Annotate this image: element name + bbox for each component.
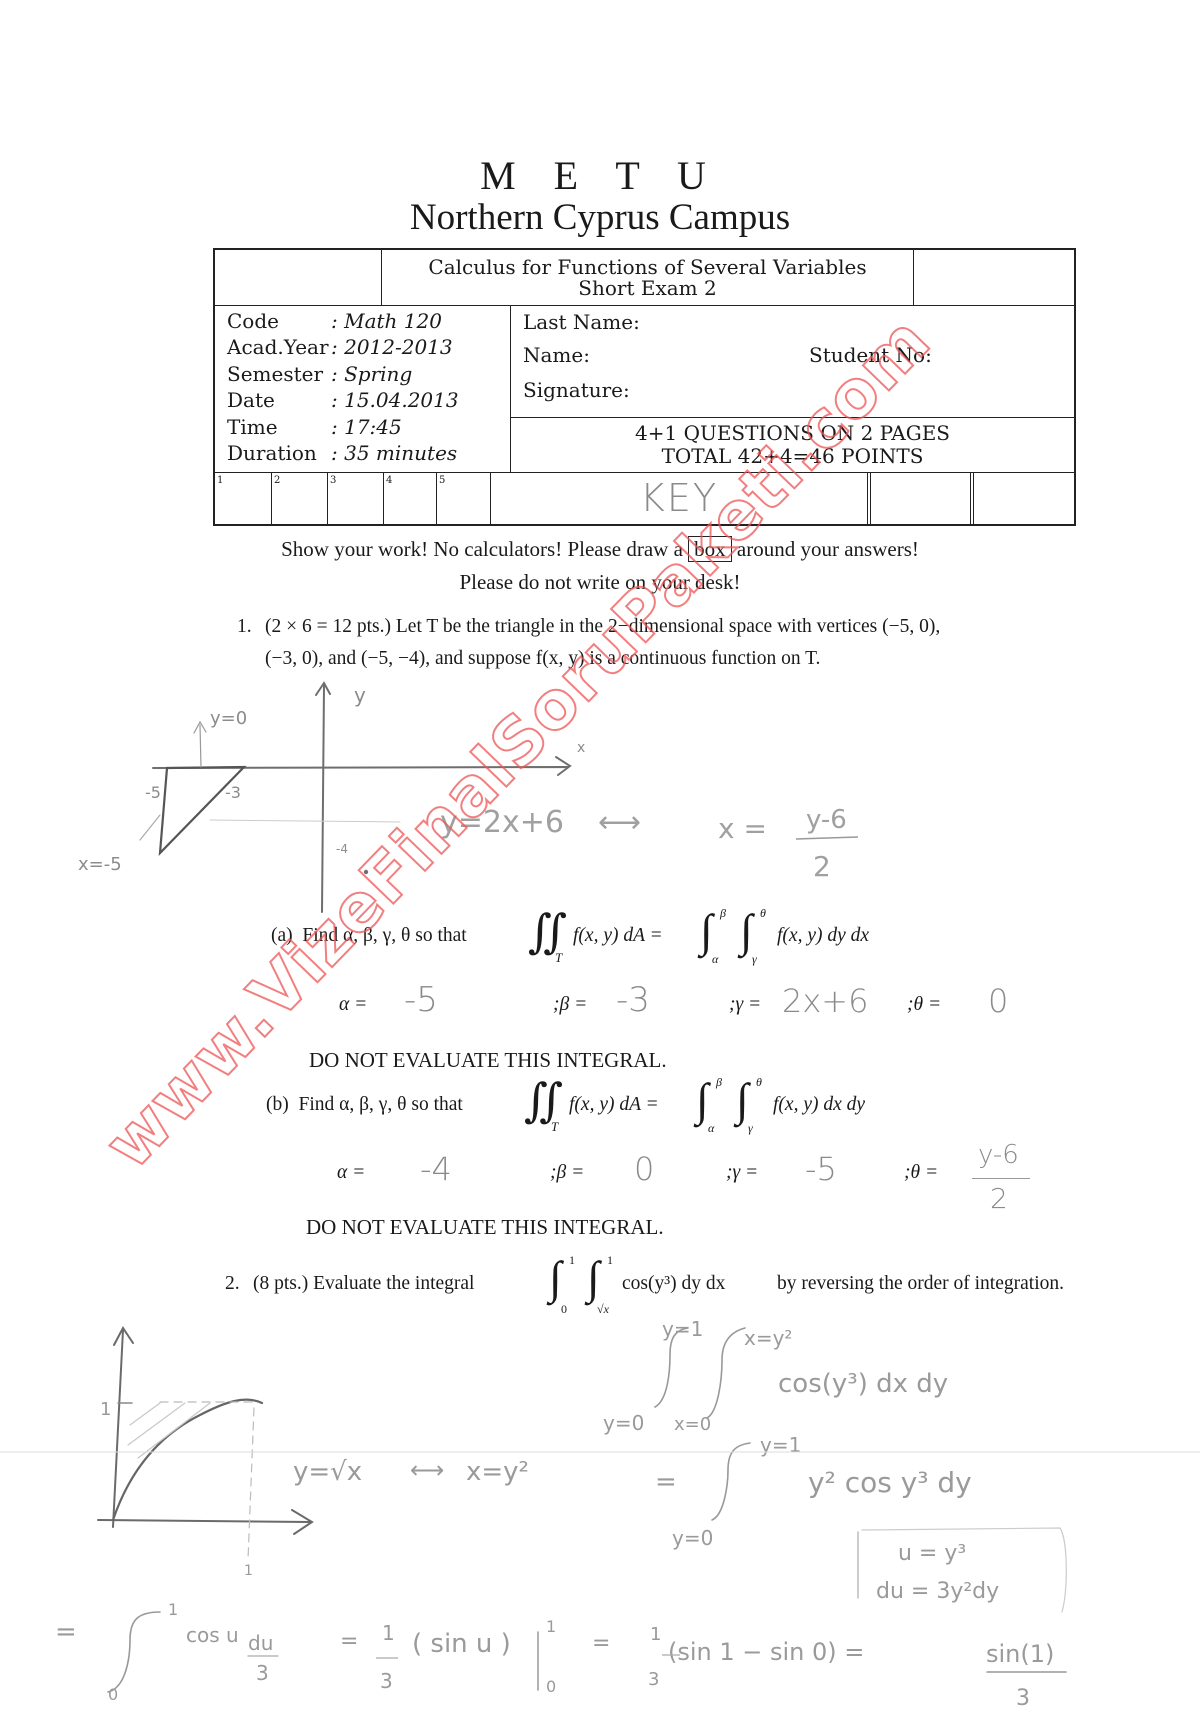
q2-rev-inner-bottom: x=0 [674, 1414, 711, 1435]
final-du-num: du [248, 1631, 273, 1655]
q2-rev-outer-top: y=1 [662, 1317, 703, 1341]
final-result-den: 3 [1016, 1686, 1030, 1711]
final-eval-top: 1 [546, 1617, 556, 1636]
q2-arrow: ⟷ [410, 1456, 444, 1484]
final-diff: (sin 1 − sin 0) = [668, 1638, 864, 1666]
final-du-den: 3 [256, 1661, 269, 1685]
final-frac1-den: 3 [380, 1669, 393, 1693]
q2-step2-top: y=1 [760, 1433, 801, 1457]
final-int-top: 1 [168, 1600, 178, 1619]
final-eq3: = [592, 1631, 610, 1656]
q2-axis-one: 1 [100, 1399, 111, 1420]
q2-step2-eq: = [655, 1467, 677, 1497]
final-frac2-num: 1 [650, 1624, 661, 1645]
q2-rev-outer-bottom: y=0 [603, 1411, 644, 1435]
final-eval-bottom: 0 [546, 1677, 556, 1696]
q2-curve-eq: y=√x [293, 1457, 362, 1487]
final-result-num: sin(1) [986, 1640, 1054, 1668]
q2-sub-du: du = 3y²dy [876, 1579, 999, 1604]
q2-inverse: x=y² [466, 1457, 529, 1487]
q2-rev-inner-top: x=y² [744, 1326, 792, 1350]
final-integrand: cos u [186, 1623, 239, 1647]
final-frac2-den: 3 [648, 1669, 659, 1690]
q2-work: 1 1 y=√x ⟷ x=y² y=1 y=0 x=y² x=0 cos(y³)… [0, 0, 1200, 1712]
q2-sub-u: u = y³ [898, 1541, 966, 1566]
final-eq2: = [340, 1629, 358, 1654]
final-int-bottom: 0 [108, 1685, 118, 1704]
final-eq1: = [55, 1617, 77, 1647]
q2-axis-one-x: 1 [244, 1563, 253, 1579]
final-sin-u: ( sin u ) [412, 1629, 511, 1659]
q2-rev-integrand: cos(y³) dx dy [778, 1369, 948, 1399]
final-frac1-num: 1 [382, 1621, 395, 1645]
q2-step2-integrand: y² cos y³ dy [808, 1466, 972, 1499]
q2-step2-bottom: y=0 [672, 1526, 713, 1550]
